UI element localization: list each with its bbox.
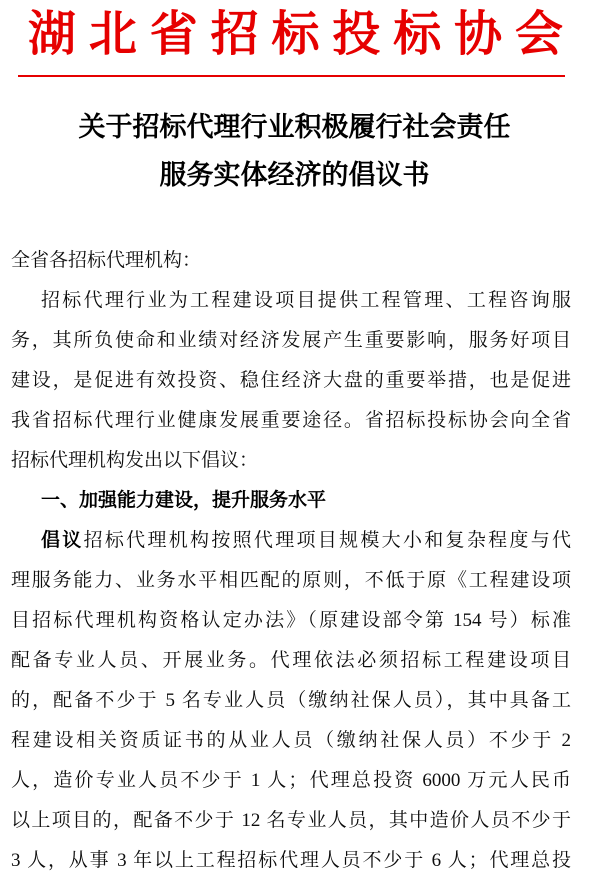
body-line: 理服务能力、业务水平相匹配的原则，不低于原《工程建设项 bbox=[11, 561, 571, 601]
body-line-text: 以上项目的，配备不少于 12 名专业人员，其中造价人员不少于 bbox=[11, 810, 571, 831]
body-line-text: 程建设相关资质证书的从业人员（缴纳社保人员）不少于 2 bbox=[11, 730, 571, 751]
body-line-text: 招标代理机构按照代理项目规模大小和复杂程度与代 bbox=[84, 530, 571, 551]
body-line-text: 的，配备不少于 5 名专业人员（缴纳社保人员），其中具备工 bbox=[11, 690, 571, 711]
body-line: 目招标代理机构资格认定办法》（原建设部令第 154 号）标准 bbox=[11, 601, 571, 641]
body-line: 我省招标代理行业健康发展重要途径。省招标投标协会向全省 bbox=[11, 401, 571, 441]
body-line-text: 务，其所负使命和业绩对经济发展产生重要影响，服务好项目 bbox=[11, 330, 571, 351]
org-name: 湖北省招标投标协会 bbox=[28, 6, 563, 64]
bold-lead-in: 倡议 bbox=[41, 530, 84, 551]
body-line-text: 招标代理行业为工程建设项目提供工程管理、工程咨询服 bbox=[41, 290, 571, 311]
document-body: 全省各招标代理机构： 招标代理行业为工程建设项目提供工程管理、工程咨询服 务，其… bbox=[0, 241, 589, 875]
body-line-text: 配备专业人员、开展业务。代理依法必须招标工程建设项目 bbox=[11, 650, 571, 671]
body-line-text: 目招标代理机构资格认定办法》（原建设部令第 154 号）标准 bbox=[11, 610, 571, 631]
body-line-text: 人，造价专业人员不少于 1 人；代理总投资 6000 万元人民币 bbox=[11, 770, 571, 791]
body-line: 人，造价专业人员不少于 1 人；代理总投资 6000 万元人民币 bbox=[11, 761, 571, 801]
body-line-text: 建设，是促进有效投资、稳住经济大盘的重要举措，也是促进 bbox=[11, 370, 571, 391]
red-divider bbox=[18, 75, 565, 77]
body-line: 务，其所负使命和业绩对经济发展产生重要影响，服务好项目 bbox=[11, 321, 571, 361]
body-line: 招标代理行业为工程建设项目提供工程管理、工程咨询服 bbox=[11, 281, 571, 321]
body-line-text: 我省招标代理行业健康发展重要途径。省招标投标协会向全省 bbox=[11, 410, 571, 431]
body-line-text: 3 人，从事 3 年以上工程招标代理人员不少于 6 人；代理总投 bbox=[11, 850, 571, 871]
body-line: 以上项目的，配备不少于 12 名专业人员，其中造价人员不少于 bbox=[11, 801, 571, 841]
body-line-text: 理服务能力、业务水平相匹配的原则，不低于原《工程建设项 bbox=[11, 570, 571, 591]
body-line: 3 人，从事 3 年以上工程招标代理人员不少于 6 人；代理总投 bbox=[11, 841, 571, 875]
body-line: 倡议招标代理机构按照代理项目规模大小和复杂程度与代 bbox=[11, 521, 571, 561]
body-line: 程建设相关资质证书的从业人员（缴纳社保人员）不少于 2 bbox=[11, 721, 571, 761]
body-line: 全省各招标代理机构： bbox=[11, 241, 571, 281]
title-line-2: 服务实体经济的倡议书 bbox=[0, 151, 589, 199]
document-title: 关于招标代理行业积极履行社会责任 服务实体经济的倡议书 bbox=[0, 103, 589, 199]
body-line: 配备专业人员、开展业务。代理依法必须招标工程建设项目 bbox=[11, 641, 571, 681]
body-line: 的，配备不少于 5 名专业人员（缴纳社保人员），其中具备工 bbox=[11, 681, 571, 721]
body-line: 一、加强能力建设，提升服务水平 bbox=[11, 481, 571, 521]
body-line: 招标代理机构发出以下倡议： bbox=[11, 441, 571, 481]
body-line-text: 一、加强能力建设，提升服务水平 bbox=[41, 490, 326, 511]
body-line-text: 招标代理机构发出以下倡议： bbox=[11, 450, 258, 471]
body-line: 建设，是促进有效投资、稳住经济大盘的重要举措，也是促进 bbox=[11, 361, 571, 401]
body-line-text: 全省各招标代理机构： bbox=[11, 250, 201, 271]
title-line-1: 关于招标代理行业积极履行社会责任 bbox=[0, 103, 589, 151]
document-page: 湖北省招标投标协会 关于招标代理行业积极履行社会责任 服务实体经济的倡议书 全省… bbox=[0, 0, 589, 875]
letterhead: 湖北省招标投标协会 bbox=[0, 6, 589, 77]
